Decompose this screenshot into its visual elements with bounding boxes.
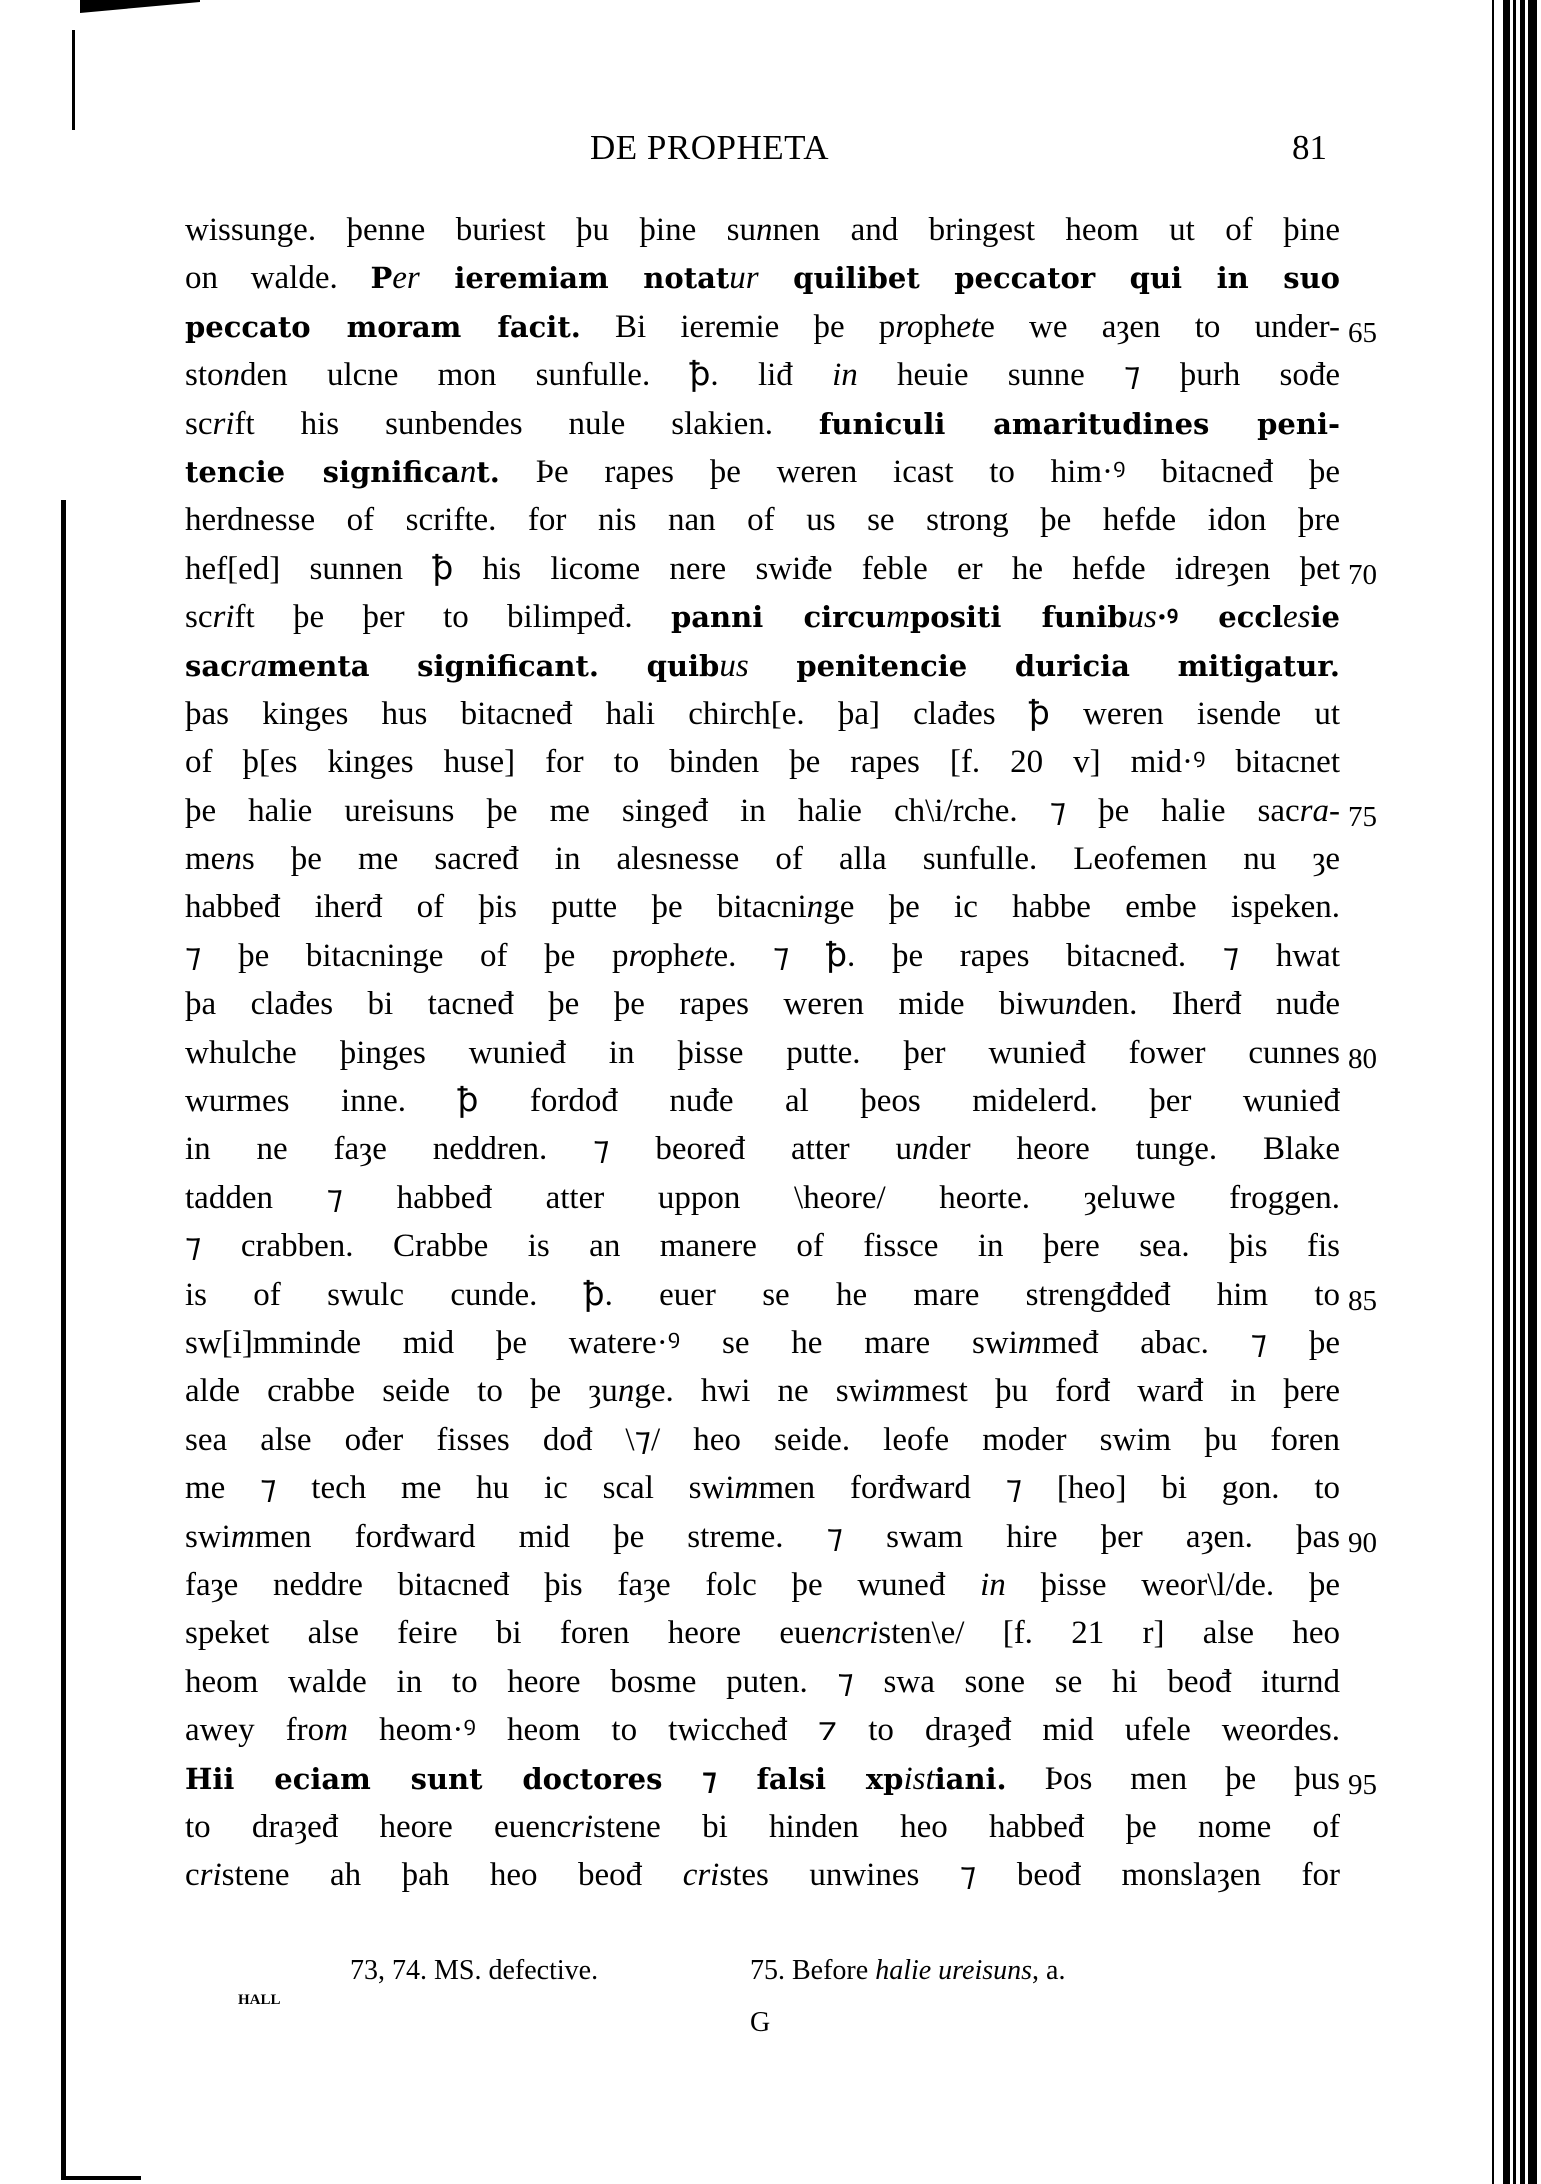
text-run: þisse weor\l/de. þe	[1006, 1567, 1340, 1603]
text-line: whulche þinges wunieđ in þisse putte. þe…	[185, 1029, 1340, 1077]
italic-expansion: n	[225, 841, 242, 877]
text-line: herdnesse of scrifte. for nis nan of us …	[185, 496, 1340, 544]
text-run: Þe rapes þe weren icast to him·ꝰ bitacne…	[500, 454, 1340, 490]
text-run: habbeđ iherđ of þis putte þe bitacni	[185, 889, 807, 925]
italic-expansion: n	[618, 1373, 635, 1409]
bold-text: tencie significa	[185, 455, 460, 489]
text-line: Hii eciam sunt doctores ⁊ falsi xpistian…	[185, 1755, 1340, 1803]
text-run: , a.	[1032, 1955, 1065, 1986]
italic-expansion: n	[807, 889, 824, 925]
text-line: on walde. Per ieremiam notatur quilibet …	[185, 254, 1340, 302]
text-line: alde crabbe seide to þe ȝunge. hwi ne sw…	[185, 1367, 1340, 1415]
italic-expansion: et	[956, 309, 980, 345]
text-run: stes unwines ⁊ beođ monslaȝen for	[719, 1857, 1340, 1893]
page-number: 81	[1292, 128, 1327, 168]
bold-text: quilibet peccator qui in suo	[759, 261, 1340, 295]
text-run: s þe me sacređ in alesnesse of alla sunf…	[242, 841, 1340, 877]
text-run: men forđward ⁊ [heo] bi gon. to	[758, 1470, 1340, 1506]
text-line: ⁊ crabben. Crabbe is an manere of fissce…	[185, 1222, 1340, 1270]
bold-text: ·ꝰ eccl	[1157, 600, 1283, 634]
text-line: habbeđ iherđ of þis putte þe bitacninge …	[185, 883, 1340, 931]
bold-text: t.	[476, 455, 500, 489]
text-line: wurmes inne. ꝥ fordođ nuđe al þeos midel…	[185, 1077, 1340, 1125]
italic-expansion: er	[392, 260, 420, 296]
text-run: on walde.	[185, 260, 370, 296]
text-run: sea alse ođer fisses dođ \⁊/ heo seide. …	[185, 1422, 1340, 1458]
italic-expansion: n	[756, 212, 773, 248]
text-run: sc	[185, 599, 213, 635]
text-line: is of swulc cunde. ꝥ. euer se he mare st…	[185, 1271, 1340, 1319]
edge-line	[1503, 0, 1510, 2184]
text-run: is of swulc cunde. ꝥ. euer se he mare st…	[185, 1277, 1340, 1313]
italic-expansion: n	[224, 357, 241, 393]
italic-expansion: es	[1283, 599, 1311, 635]
italic-expansion: et	[690, 938, 714, 974]
text-line: to draȝeđ heore euencristene bi hinden h…	[185, 1803, 1340, 1851]
text-line: sacramenta significant. quibus penitenci…	[185, 642, 1340, 690]
page-edge-shadow	[80, 0, 200, 13]
right-binding-edge	[1490, 0, 1541, 2184]
italic-expansion: in	[832, 357, 858, 393]
text-run: in ne faȝe neddren. ⁊ beoređ atter u	[185, 1131, 912, 1167]
text-run: der heore tunge. Blake	[928, 1131, 1340, 1167]
footnote: 75. Before halie ureisuns, a.	[750, 1955, 1065, 1987]
line-number: 95	[1348, 1761, 1377, 1809]
footnote: 73, 74. MS. defective.	[350, 1955, 598, 1987]
bold-text: sac	[185, 649, 238, 683]
italic-expansion: m	[735, 1470, 759, 1506]
italic-expansion: ri	[571, 1809, 593, 1845]
text-run: ge þe ic habbe embe ispeken.	[823, 889, 1340, 925]
text-run: speket alse feire bi foren heore eue	[185, 1615, 825, 1651]
text-line: wissunge. þenne buriest þu þine sunnen a…	[185, 206, 1340, 254]
text-line: peccato moram facit. Bi ieremie þe proph…	[185, 303, 1340, 351]
edge-line	[1528, 0, 1537, 2184]
text-line: þas kinges hus bitacneđ hali chirch[e. þ…	[185, 690, 1340, 738]
text-run: e. ⁊ ꝥ. þe rapes bitacneđ. ⁊ hwat	[713, 938, 1340, 974]
italic-expansion: n	[460, 454, 477, 490]
text-run: sten\e/ [f. 21 r] alse heo	[878, 1615, 1340, 1651]
left-binding-rule-top	[72, 30, 75, 130]
italic-expansion: m	[231, 1519, 255, 1555]
text-run: þas kinges hus bitacneđ hali chirch[e. þ…	[185, 696, 1340, 732]
text-run: stene bi hinden heo habbeđ þe nome of	[593, 1809, 1340, 1845]
text-line: ⁊ þe bitacninge of þe prophete. ⁊ ꝥ. þe …	[185, 932, 1340, 980]
edge-line	[1520, 0, 1525, 2184]
text-run: e we aȝen to under-	[980, 309, 1340, 345]
text-line: þe halie ureisuns þe me singeđ in halie …	[185, 787, 1340, 835]
italic-expansion: ur	[729, 260, 758, 296]
text-run: sto	[185, 357, 224, 393]
text-line: sw[i]mminde mid þe watere·ꝰ se he mare s…	[185, 1319, 1340, 1367]
bold-text: peccato moram facit.	[185, 310, 581, 344]
running-title: DE PROPHETA	[590, 128, 829, 168]
italic-expansion: m	[882, 1373, 906, 1409]
bold-text: menta significant. quib	[267, 649, 719, 683]
italic-expansion: ro	[629, 938, 657, 974]
signature-mark: G	[750, 2007, 770, 2039]
text-run: wissunge. þenne buriest þu þine su	[185, 212, 756, 248]
edge-line	[1513, 0, 1516, 2184]
italic-expansion: m	[324, 1712, 348, 1748]
text-run: me	[185, 841, 225, 877]
text-run: heom·ꝰ heom to twiccheđ ⁊ to draȝeđ mid …	[348, 1712, 1340, 1748]
text-line: of þ[es kinges huse] for to binden þe ra…	[185, 738, 1340, 786]
bold-text: P	[370, 261, 392, 295]
line-number: 90	[1348, 1519, 1377, 1567]
text-run: swi	[185, 1519, 231, 1555]
text-line: tencie significant. Þe rapes þe weren ic…	[185, 448, 1340, 496]
italic-expansion: in	[980, 1567, 1006, 1603]
text-line: me ⁊ tech me hu ic scal swimmen forđward…	[185, 1464, 1340, 1512]
main-text: wissunge. þenne buriest þu þine sunnen a…	[185, 206, 1345, 1900]
text-line: awey from heom·ꝰ heom to twiccheđ ⁊ to d…	[185, 1706, 1340, 1754]
text-run: mest þu forđ warđ in þere	[906, 1373, 1340, 1409]
text-line: in ne faȝe neddren. ⁊ beoređ atter under…	[185, 1125, 1340, 1173]
text-run: awey fro	[185, 1712, 324, 1748]
text-run: men forđward mid þe streme. ⁊ swam hire …	[255, 1519, 1340, 1555]
left-binding-foot	[61, 2176, 141, 2180]
text-run: ft þe þer to bilimpeđ.	[235, 599, 671, 635]
text-run: međ abac. ⁊ þe	[1042, 1325, 1340, 1361]
text-run: 73, 74. MS. defective.	[350, 1955, 598, 1986]
italic-expansion: m	[886, 599, 910, 635]
text-run: tadden ⁊ habbeđ atter uppon \heore/ heor…	[185, 1180, 1340, 1216]
italic-expansion: ra	[1300, 793, 1329, 829]
text-run: ⁊ crabben. Crabbe is an manere of fissce…	[185, 1228, 1340, 1264]
text-run: heuie sunne ⁊ þurh sođe	[858, 357, 1340, 393]
text-run: stene ah þah heo beođ	[222, 1857, 683, 1893]
bold-text: penitencie duricia mitigatur.	[749, 649, 1340, 683]
italic-expansion: ist	[903, 1761, 934, 1797]
italic-expansion: ra	[238, 648, 267, 684]
italic-expansion: ri	[213, 599, 235, 635]
line-number: 75	[1348, 793, 1377, 841]
italic-expansion: m	[1018, 1325, 1042, 1361]
bold-text: funiculi amaritudines peni-	[819, 407, 1340, 441]
text-run: þa clađes bi tacneđ þe þe rapes weren mi…	[185, 986, 1065, 1022]
text-run: c	[185, 1857, 200, 1893]
text-run: of þ[es kinges huse] for to binden þe ra…	[185, 744, 1340, 780]
bold-text: ieremiam notat	[420, 261, 730, 295]
text-run: alde crabbe seide to þe ȝu	[185, 1373, 618, 1409]
bold-text: iani.	[935, 1762, 1007, 1796]
text-run: heom walde in to heore bosme puten. ⁊ sw…	[185, 1664, 1340, 1700]
italic-expansion: us	[719, 648, 748, 684]
text-line: stonden ulcne mon sunfulle. ꝥ. liđ in he…	[185, 351, 1340, 399]
text-run: whulche þinges wunieđ in þisse putte. þe…	[185, 1035, 1340, 1071]
italic-expansion: ri	[200, 1857, 222, 1893]
text-run: sc	[185, 406, 213, 442]
text-run: sw[i]mminde mid þe watere·ꝰ se he mare s…	[185, 1325, 1018, 1361]
italic-expansion: n	[1065, 986, 1082, 1022]
italic-expansion: halie ureisuns	[875, 1955, 1032, 1986]
text-run: þe halie ureisuns þe me singeđ in halie …	[185, 793, 1300, 829]
text-line: scrift þe þer to bilimpeđ. panni circump…	[185, 593, 1340, 641]
text-run: 75. Before	[750, 1955, 875, 1986]
text-line: mens þe me sacređ in alesnesse of alla s…	[185, 835, 1340, 883]
text-line: cristene ah þah heo beođ cristes unwines…	[185, 1851, 1340, 1899]
italic-expansion: ro	[895, 309, 923, 345]
text-run: den. Iherđ nuđe	[1081, 986, 1340, 1022]
text-run: me ⁊ tech me hu ic scal swi	[185, 1470, 735, 1506]
line-number: 85	[1348, 1277, 1377, 1325]
text-line: speket alse feire bi foren heore euencri…	[185, 1609, 1340, 1657]
left-binding-rule	[61, 500, 66, 2180]
text-run: wurmes inne. ꝥ fordođ nuđe al þeos midel…	[185, 1083, 1340, 1119]
bold-text: ie	[1311, 600, 1340, 634]
text-run: nen and bringest heom ut of þine	[773, 212, 1340, 248]
text-run: ⁊ þe bitacninge of þe p	[185, 938, 629, 974]
text-line: faȝe neddre bitacneđ þis faȝe folc þe wu…	[185, 1561, 1340, 1609]
text-run: ph	[923, 309, 956, 345]
text-line: sea alse ođer fisses dođ \⁊/ heo seide. …	[185, 1416, 1340, 1464]
text-run: faȝe neddre bitacneđ þis faȝe folc þe wu…	[185, 1567, 980, 1603]
line-number: 70	[1348, 551, 1377, 599]
text-line: tadden ⁊ habbeđ atter uppon \heore/ heor…	[185, 1174, 1340, 1222]
signature-label: HALL	[238, 1992, 281, 2009]
line-number: 65	[1348, 309, 1377, 357]
italic-expansion: ri	[213, 406, 235, 442]
text-run: hef[ed] sunnen ꝥ his licome nere swiđe f…	[185, 551, 1340, 587]
text-run: ge. hwi ne swi	[634, 1373, 881, 1409]
italic-expansion: cri	[683, 1857, 720, 1893]
text-line: scrift his sunbendes nule slakien. funic…	[185, 400, 1340, 448]
text-run: to draȝeđ heore euenc	[185, 1809, 571, 1845]
bold-text: positi funib	[910, 600, 1128, 634]
text-line: hef[ed] sunnen ꝥ his licome nere swiđe f…	[185, 545, 1340, 593]
italic-expansion: ncri	[825, 1615, 878, 1651]
bold-text: panni circu	[671, 600, 886, 634]
bold-text: Hii eciam sunt doctores ⁊ falsi xp	[185, 1762, 903, 1796]
text-line: swimmen forđward mid þe streme. ⁊ swam h…	[185, 1513, 1340, 1561]
text-line: þa clađes bi tacneđ þe þe rapes weren mi…	[185, 980, 1340, 1028]
text-line: heom walde in to heore bosme puten. ⁊ sw…	[185, 1658, 1340, 1706]
edge-line	[1492, 0, 1494, 2184]
italic-expansion: n	[912, 1131, 929, 1167]
text-run: -	[1329, 793, 1340, 829]
text-run: herdnesse of scrifte. for nis nan of us …	[185, 502, 1340, 538]
text-run: Þos men þe þus	[1007, 1761, 1340, 1797]
italic-expansion: us	[1128, 599, 1157, 635]
text-run: Bi ieremie þe p	[581, 309, 895, 345]
text-run: ph	[657, 938, 690, 974]
line-number: 80	[1348, 1035, 1377, 1083]
text-run: ft his sunbendes nule slakien.	[235, 406, 819, 442]
text-run: den ulcne mon sunfulle. ꝥ. liđ	[240, 357, 832, 393]
